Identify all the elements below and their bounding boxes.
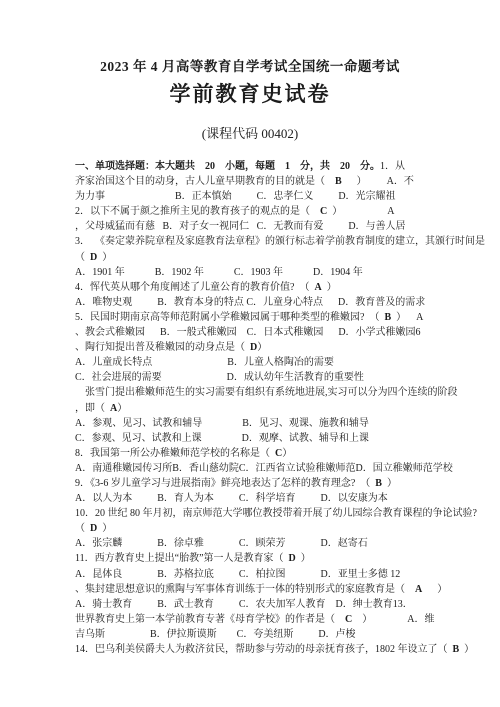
text-segment: A．儿童成长特点 B．儿童人格陶冶的需要 [75,357,334,368]
text-segment: 2．以下不属于颜之推所主见的教育孩子的观点的是（ [75,206,320,217]
text-segment: ） [97,523,112,534]
exam-text-line: C．社会进展的需要 D．成认幼年生活教育的重要性 [75,370,475,385]
exam-text-line: （ D ） [75,521,475,536]
text-segment: ） A．维 [352,614,434,625]
exam-text-line: ，父母威猛而有慈 B．对子女一视同仁 C．无教而有爱 D．与善人居 [75,219,475,234]
exam-text-line: 11．西方教育史上提出“胎教”第一人是教育家（ D ） [75,551,475,566]
exam-text-line: 5．民国时期南京高等师范附属小学稚嫩园属于哪种类型的稚嫩园? （ B ） A [75,310,475,325]
exam-text-line: A．以人为本 B．育人为本 C．科学培育 D．以安康为本 [75,491,475,506]
text-segment: ，即（ [75,403,110,414]
text-segment: 、陶行知提出普及稚嫩园的动身点是（ [75,342,250,353]
exam-text-line: 张雪门提出稚嫩师范生的实习需要有组织有系统地进展,实习可以分为四个连续的阶段 [75,385,475,400]
text-segment: A．昆体良 B．苏格拉底 C．柏拉图 D．亚里士多德 12 [75,569,400,580]
exam-text-line: A．唯物史观 B．教育本身的特点 C．儿童身心特点 D．教育普及的需求 [75,295,475,310]
text-segment: ） [117,403,127,414]
text-segment: ） [422,584,447,595]
text-segment: 10．20 世纪 80 年月初，南京师范大学哪位教授带着开展了幼儿园综合教育课程… [75,508,477,519]
exam-text-line: 世界教育史上第一本学前教育专著《母育学校》的作者是（ C ） A．维 [75,612,475,627]
text-segment: 齐家治国这个目的动身，古人儿童早期教育的目的就是（ [75,176,335,187]
text-segment: 世界教育史上第一本学前教育专著《母育学校》的作者是（ [75,614,345,625]
text-segment: ） [296,553,311,564]
exam-text-line: A．张宗麟 B．徐卓雅 C．顾荣芳 D．赵寄石 [75,536,475,551]
text-segment: 为力事 B．正本慎始 C．忠孝仁义 D．光宗耀祖 [75,191,396,202]
text-segment: 3． 《奏定蒙养院章程及家庭教育法章程》的颁行标志着学前教育制度的建立，其颁行时… [75,236,485,247]
text-segment: ） [382,478,397,489]
exam-text-line: 齐家治国这个目的动身，古人儿童早期教育的目的就是（ B ） A．不 [75,174,475,189]
exam-text-line: 、陶行知提出普及稚嫩园的动身点是（ D） [75,340,475,355]
text-segment: 9．《3-6 岁儿童学习与进展指南》鲜亮地表达了怎样的教育理念? （ [75,478,375,489]
exam-text-line: （ D ） [75,250,475,265]
exam-text-line: 9．《3-6 岁儿童学习与进展指南》鲜亮地表达了怎样的教育理念? （ B ） [75,476,475,491]
exam-text-line: A．1901 年 B．1902 年 C．1903 年 D．1904 年 [75,265,475,280]
text-segment: ） A [327,206,394,217]
text-segment: 张雪门提出稚嫩师范生的实习需要有组织有系统地进展,实习可以分为四个连续的阶段 [75,387,458,398]
question-text-block: 一、单项选择题：本大题共 20 小题，每题 1 分，共 20 分。1．从齐家治国… [75,159,475,657]
exam-paper-title: 学前教育史试卷 [0,78,500,108]
text-segment: （ [75,523,90,534]
text-segment: A．1901 年 B．1902 年 C．1903 年 D．1904 年 [75,267,363,278]
exam-session-title: 2023 年 4 月高等教育自学考试全国统一命题考试 [0,0,500,75]
exam-text-line: C．参观、见习、试教和上课 D．观摩、试教、辅导和上课 [75,431,475,446]
answer-letter: D [289,553,296,564]
exam-text-line: 2．以下不属于颜之推所主见的教育孩子的观点的是（ C ） A [75,204,475,219]
exam-text-line: A．骑士教育 B．武士教育 C．农夫加军人教育 D．绅士教育13． [75,597,475,612]
exam-text-line: 8．我国第一所公办稚嫩师范学校的名称是（ C） [75,446,475,461]
exam-text-line: 4．恽代英从哪个角度阐述了儿童公育的教育价值? （ A ） [75,280,475,295]
answer-letter: A [314,282,321,293]
text-segment: ） A [391,312,423,323]
text-segment: ） [97,252,112,263]
exam-text-line: A．儿童成长特点 B．儿童人格陶冶的需要 [75,355,475,370]
exam-text-line: 3． 《奏定蒙养院章程及家庭教育法章程》的颁行标志着学前教育制度的建立，其颁行时… [75,234,475,249]
answer-letter: 一、单项选择题：本大题共 20 小题，每题 1 分，共 20 分。 [75,161,380,172]
text-segment: ） [282,448,292,459]
text-segment: A．南通稚嫩园传习所B．香山慈幼院C．江西省立试验稚嫩师范D．国立稚嫩师范学校 [75,463,453,474]
exam-text-line: 、教会式稚嫩园 B．一般式稚嫩园 C．日本式稚嫩园 D．小学式稚嫩园6 [75,325,475,340]
text-segment: 4．恽代英从哪个角度阐述了儿童公育的教育价值? （ [75,282,314,293]
text-segment: A．参观、见习、试教和辅导 B．见习、观课、施教和辅导 [75,418,369,429]
text-segment: C．社会进展的需要 D．成认幼年生活教育的重要性 [75,372,364,383]
exam-text-line: 为力事 B．正本慎始 C．忠孝仁义 D．光宗耀祖 [75,189,475,204]
text-segment: 8．我国第一所公办稚嫩师范学校的名称是（ [75,448,275,459]
text-segment: 5．民国时期南京高等师范附属小学稚嫩园属于哪种类型的稚嫩园? （ [75,312,384,323]
exam-text-line: 吉乌斯 B．伊拉斯谟斯 C．夸美纽斯 D．卢梭 [75,627,475,642]
text-segment: A．骑士教育 B．武士教育 C．农夫加军人教育 D．绅士教育13． [75,599,413,610]
exam-text-line: A．参观、见习、试教和辅导 B．见习、观课、施教和辅导 [75,416,475,431]
text-segment: 、教会式稚嫩园 B．一般式稚嫩园 C．日本式稚嫩园 D．小学式稚嫩园6 [75,327,421,338]
text-segment: 1．从 [380,161,405,172]
course-code: (课程代码 00402) [0,123,500,142]
text-segment: A．唯物史观 B．教育本身的特点 C．儿童身心特点 D．教育普及的需求 [75,297,425,308]
exam-text-line: 一、单项选择题：本大题共 20 小题，每题 1 分，共 20 分。1．从 [75,159,475,174]
text-segment: ，父母威猛而有慈 B．对子女一视同仁 C．无教而有爱 D．与善人居 [75,221,406,232]
text-segment: ） [459,644,474,655]
answer-letter: B [335,176,342,187]
text-segment: 、集封建思想意识的熏陶与军事体育训练于一体的特别形式的家庭教育是（ [75,584,415,595]
exam-text-line: A．昆体良 B．苏格拉底 C．柏拉图 D．亚里士多德 12 [75,567,475,582]
answer-letter: B [375,478,382,489]
text-segment: 11．西方教育史上提出“胎教”第一人是教育家（ [75,553,289,564]
text-segment: 14．巴乌利美侯爵夫人为救济贫民，帮助参与劳动的母亲抚育孩子，1802 年设立了… [75,644,453,655]
exam-paper-page: 2023 年 4 月高等教育自学考试全国统一命题考试 学前教育史试卷 (课程代码… [0,0,500,707]
exam-text-line: 10．20 世纪 80 年月初，南京师范大学哪位教授带着开展了幼儿园综合教育课程… [75,506,475,521]
exam-text-line: 14．巴乌利美侯爵夫人为救济贫民，帮助参与劳动的母亲抚育孩子，1802 年设立了… [75,642,475,657]
exam-text-line: 、集封建思想意识的熏陶与军事体育训练于一体的特别形式的家庭教育是（ A ） [75,582,475,597]
exam-text-line: A．南通稚嫩园传习所B．香山慈幼院C．江西省立试验稚嫩师范D．国立稚嫩师范学校 [75,461,475,476]
text-segment: A．以人为本 B．育人为本 C．科学培育 D．以安康为本 [75,493,388,504]
text-segment: C．参观、见习、试教和上课 D．观摩、试教、辅导和上课 [75,433,369,444]
text-segment: （ [75,252,90,263]
text-segment: ） [257,342,267,353]
exam-text-line: ，即（ A） [75,401,475,416]
text-segment: 吉乌斯 B．伊拉斯谟斯 C．夸美纽斯 D．卢梭 [75,629,356,640]
text-segment: ） A．不 [342,176,414,187]
text-segment: ） [322,282,337,293]
text-segment: A．张宗麟 B．徐卓雅 C．顾荣芳 D．赵寄石 [75,538,368,549]
